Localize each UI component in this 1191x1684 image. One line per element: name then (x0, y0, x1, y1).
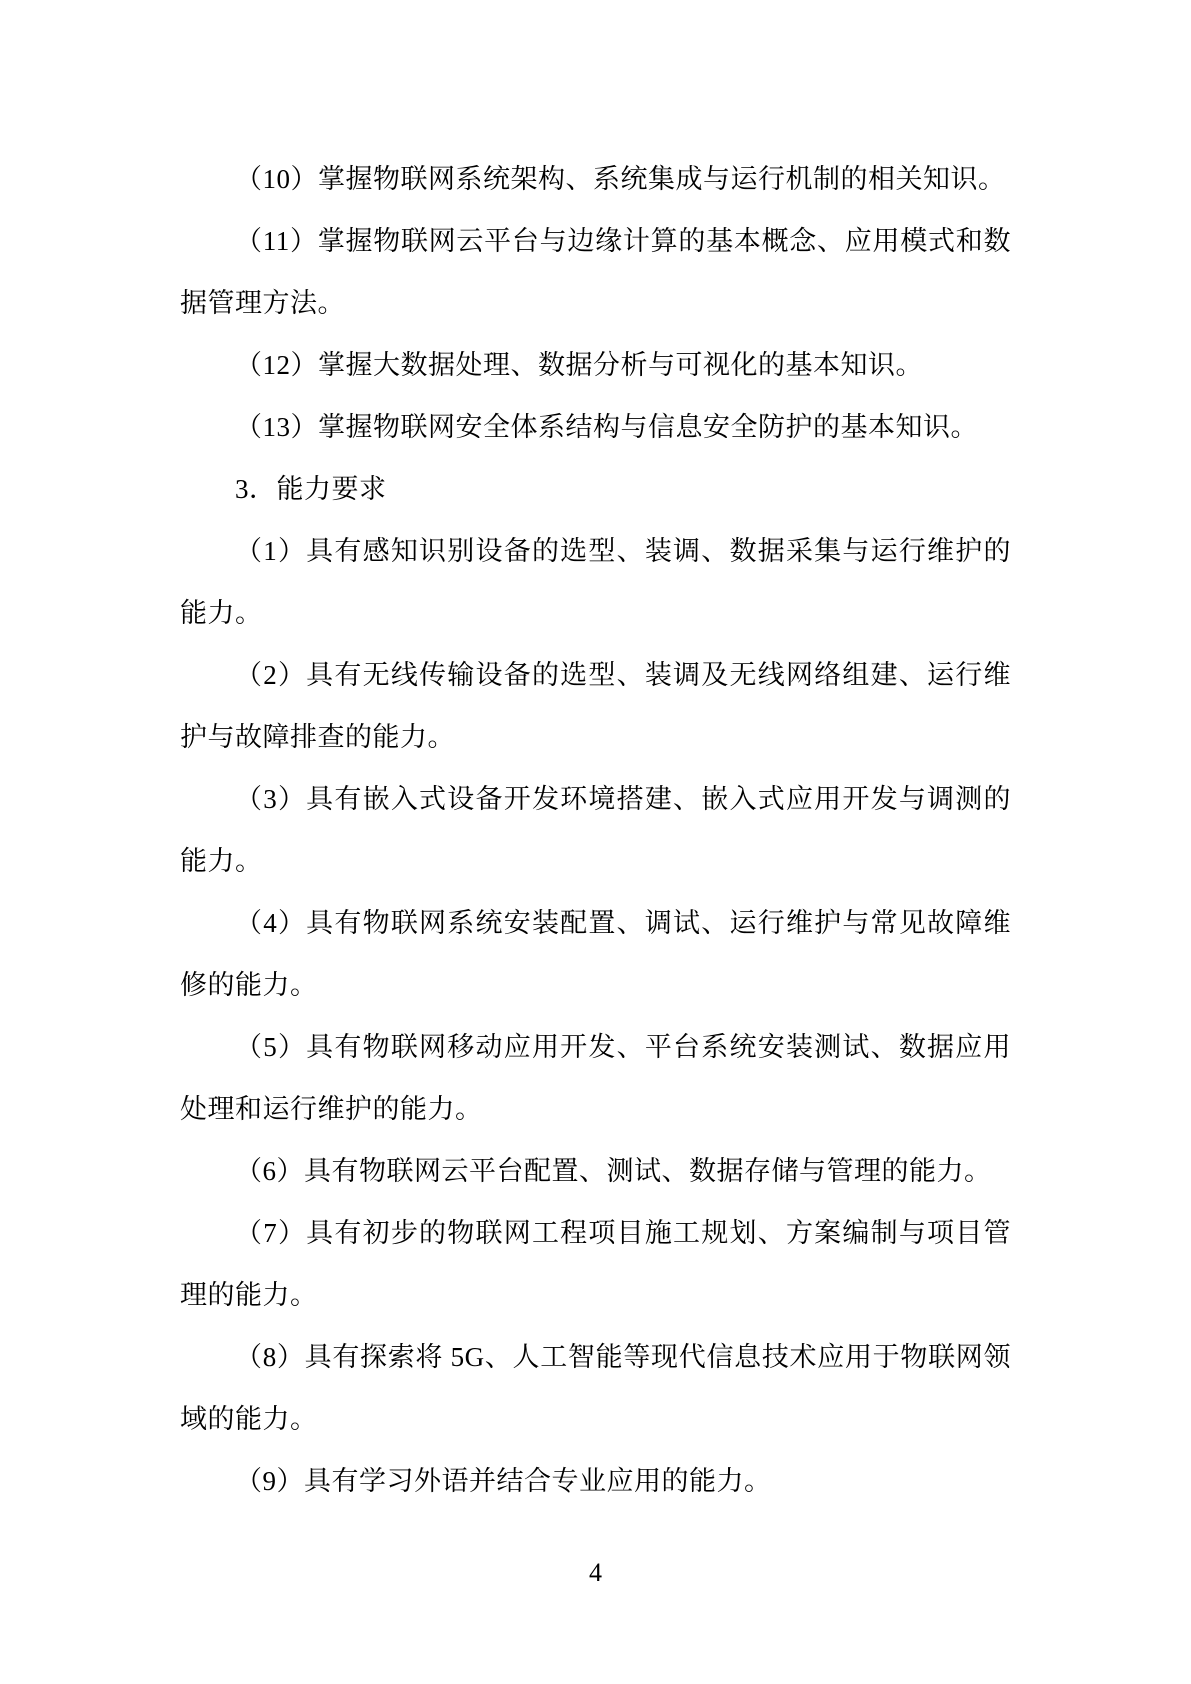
ability-item-7: （7）具有初步的物联网工程项目施工规划、方案编制与项目管理的能力。 (180, 1202, 1011, 1326)
knowledge-item-11: （11）掌握物联网云平台与边缘计算的基本概念、应用模式和数据管理方法。 (180, 210, 1011, 334)
ability-item-6: （6）具有物联网云平台配置、测试、数据存储与管理的能力。 (180, 1140, 1011, 1202)
section-heading-ability-requirements: 3．能力要求 (180, 458, 1011, 520)
page-number: 4 (0, 1558, 1191, 1588)
knowledge-item-13: （13）掌握物联网安全体系结构与信息安全防护的基本知识。 (180, 396, 1011, 458)
document-body: （10）掌握物联网系统架构、系统集成与运行机制的相关知识。 （11）掌握物联网云… (180, 148, 1011, 1512)
ability-item-2: （2）具有无线传输设备的选型、装调及无线网络组建、运行维护与故障排查的能力。 (180, 644, 1011, 768)
ability-item-5: （5）具有物联网移动应用开发、平台系统安装测试、数据应用处理和运行维护的能力。 (180, 1016, 1011, 1140)
document-page: （10）掌握物联网系统架构、系统集成与运行机制的相关知识。 （11）掌握物联网云… (0, 0, 1191, 1684)
ability-item-8: （8）具有探索将 5G、人工智能等现代信息技术应用于物联网领域的能力。 (180, 1326, 1011, 1450)
knowledge-item-10: （10）掌握物联网系统架构、系统集成与运行机制的相关知识。 (180, 148, 1011, 210)
ability-item-1: （1）具有感知识别设备的选型、装调、数据采集与运行维护的能力。 (180, 520, 1011, 644)
ability-item-3: （3）具有嵌入式设备开发环境搭建、嵌入式应用开发与调测的能力。 (180, 768, 1011, 892)
ability-item-9: （9）具有学习外语并结合专业应用的能力。 (180, 1450, 1011, 1512)
knowledge-item-12: （12）掌握大数据处理、数据分析与可视化的基本知识。 (180, 334, 1011, 396)
ability-item-4: （4）具有物联网系统安装配置、调试、运行维护与常见故障维修的能力。 (180, 892, 1011, 1016)
